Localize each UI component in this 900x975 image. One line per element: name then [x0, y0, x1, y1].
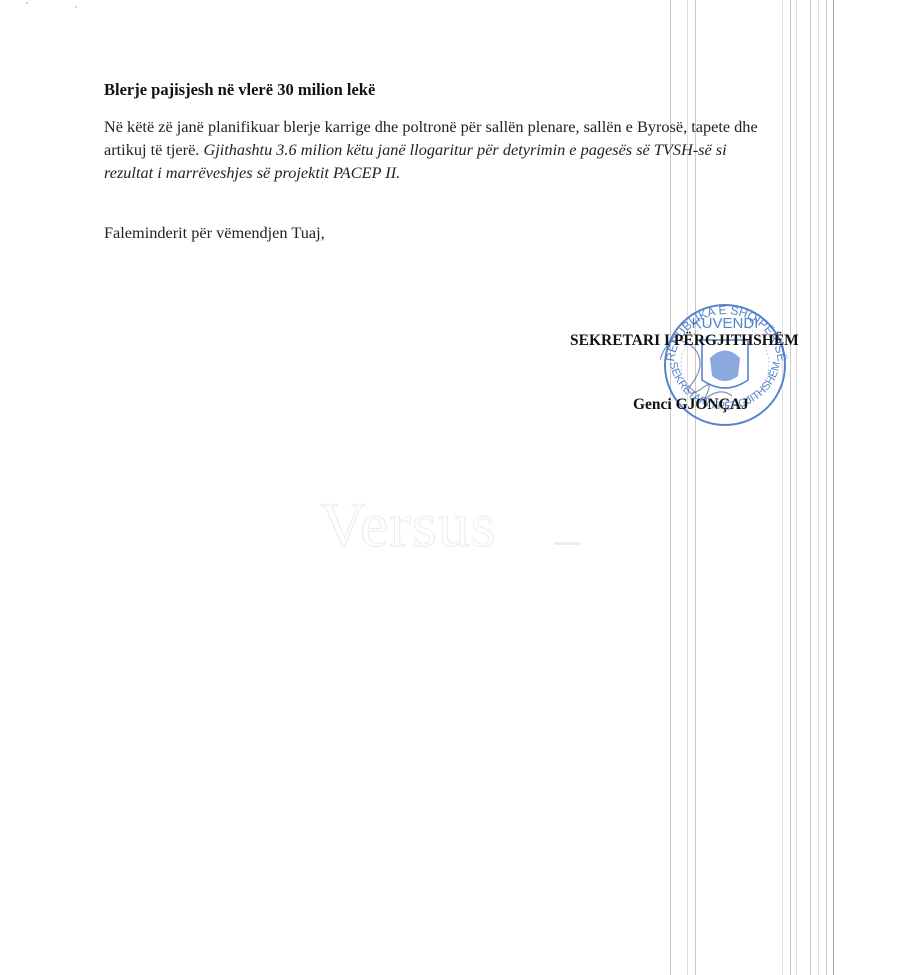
scan-speck: [26, 2, 28, 4]
watermark: Versus: [320, 488, 497, 562]
paragraph-line: Në këtë zë janë planifikuar blerje karri…: [104, 115, 844, 138]
body-paragraph: Në këtë zë janë planifikuar blerje karri…: [104, 115, 844, 184]
signatory-title: SEKRETARI I PËRGJITHSHËM: [570, 332, 799, 350]
closing-text: Faleminderit për vëmendjen Tuaj,: [104, 223, 325, 243]
scan-speck: [75, 6, 77, 8]
paragraph-line: rezultat i marrëveshjes së projektit PAC…: [104, 161, 844, 184]
signatory-name: Genci GJONÇAJ: [633, 396, 749, 414]
svg-text:KUVENDI: KUVENDI: [692, 315, 759, 332]
watermark-underscore: [554, 542, 580, 545]
official-stamp: REPUBLIKA E SHQIPËRISË KUVENDI SEKRETARI…: [660, 268, 790, 458]
section-heading: Blerje pajisjesh në vlerë 30 milion lekë: [104, 80, 375, 100]
paragraph-line: artikuj të tjerë. Gjithashtu 3.6 milion …: [104, 138, 844, 161]
